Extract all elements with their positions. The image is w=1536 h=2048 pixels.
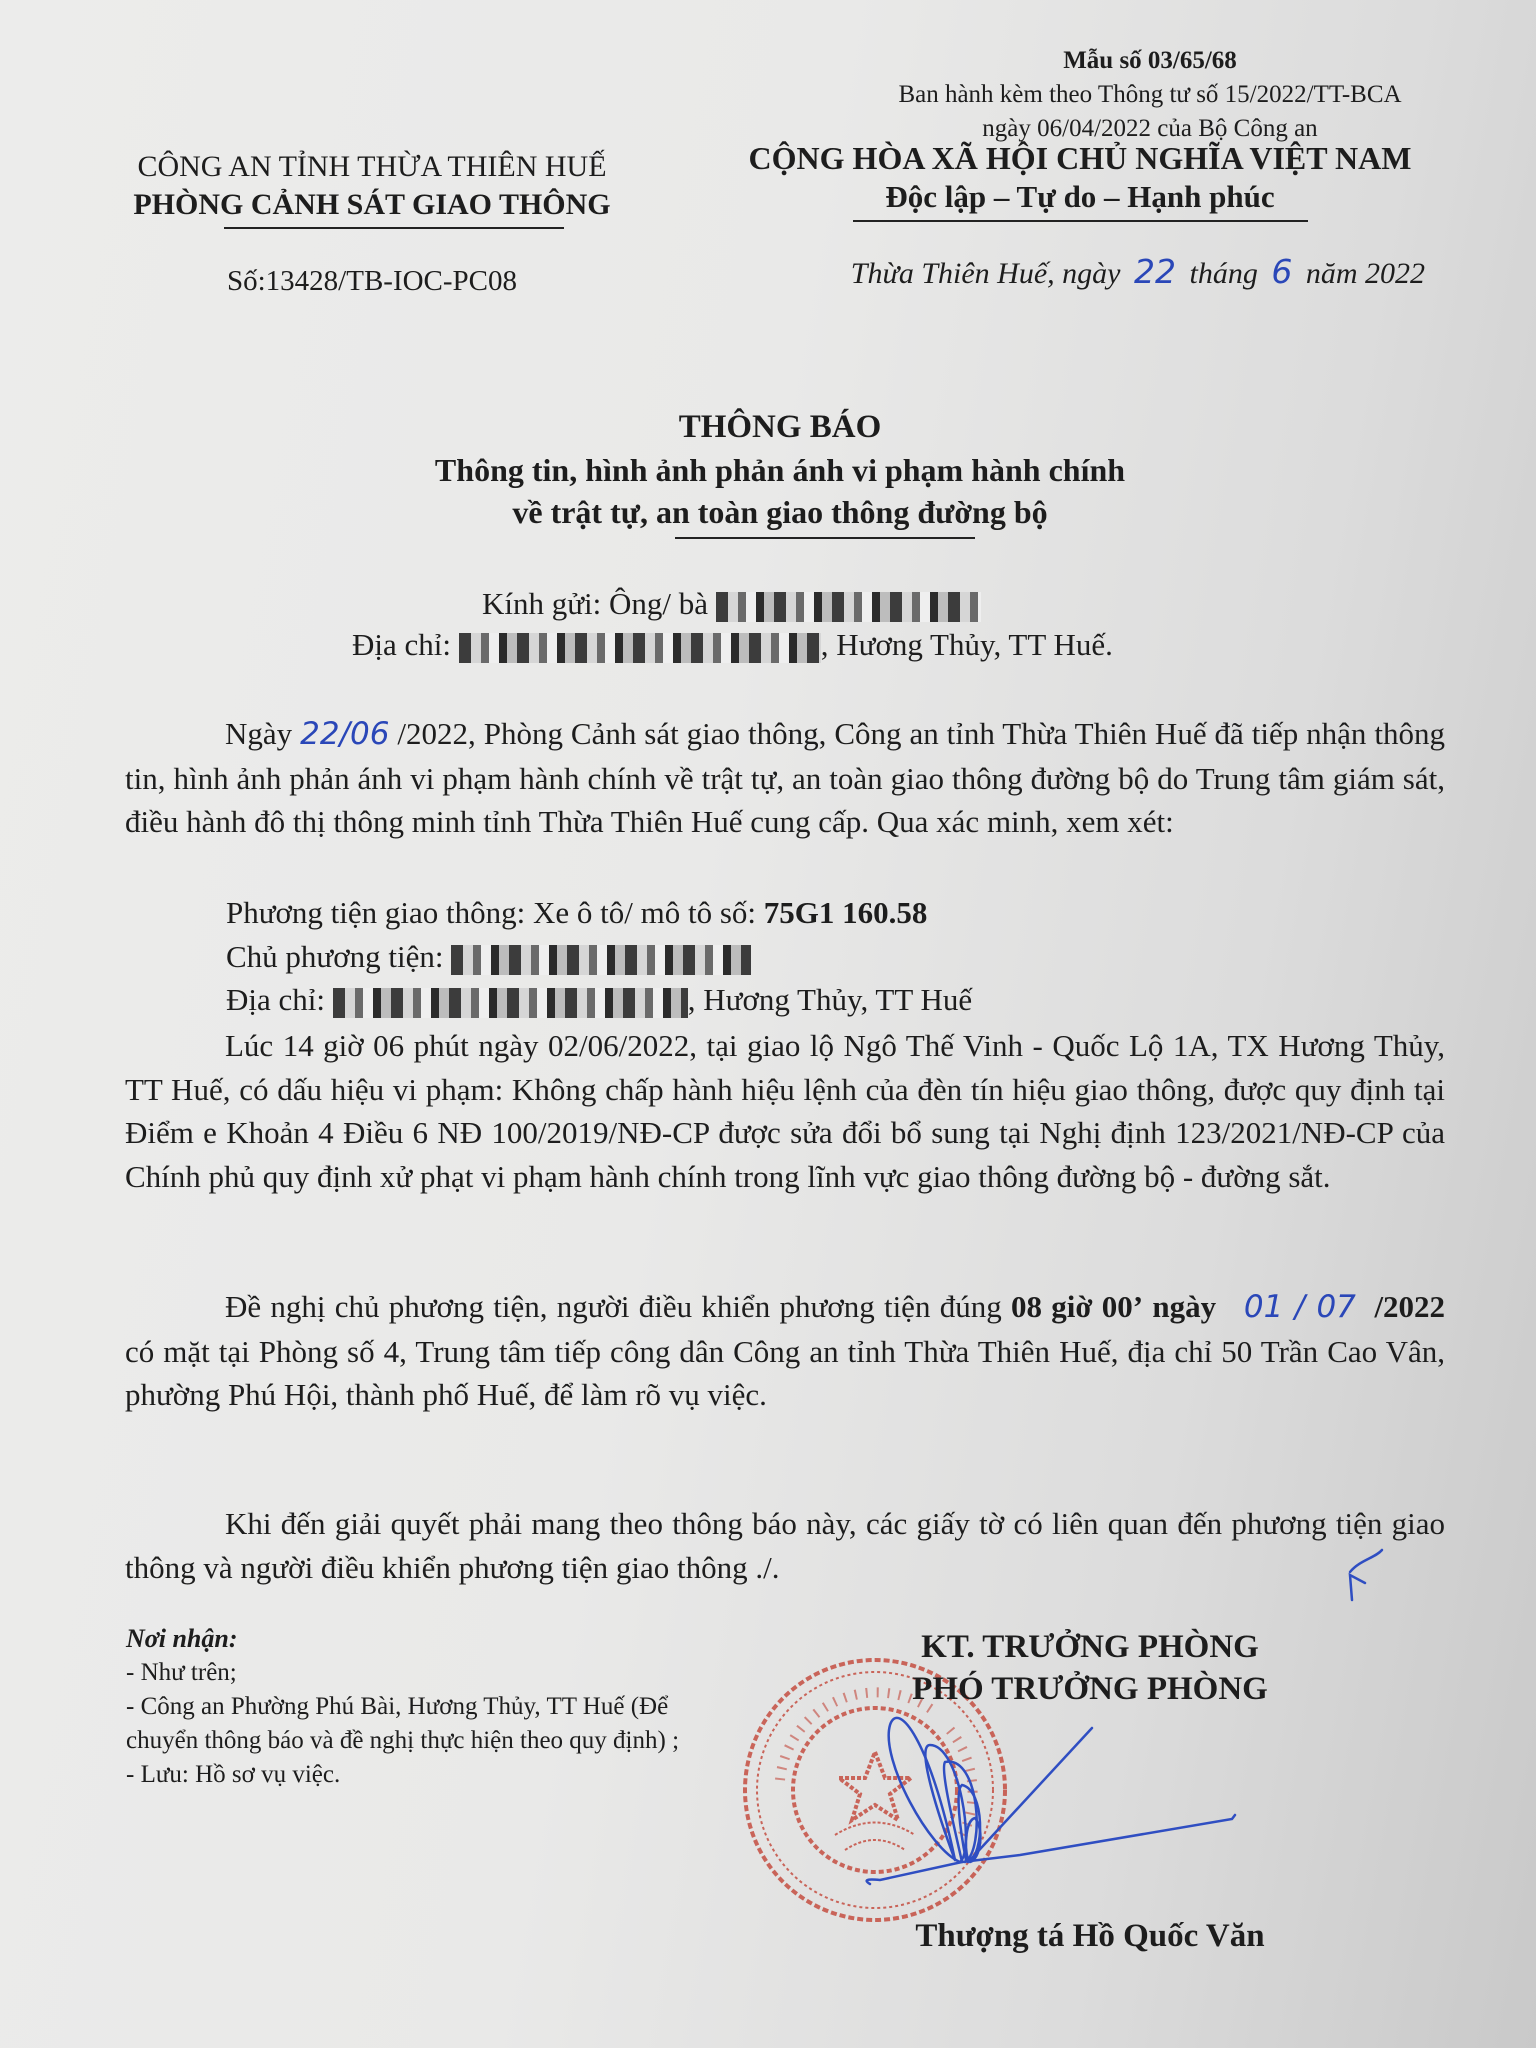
address-suffix: , Hương Thủy, TT Huế.	[821, 627, 1113, 662]
vehicle-line: Phương tiện giao thông: Xe ô tô/ mô tô s…	[226, 893, 927, 933]
issuer-agency: CÔNG AN TỈNH THỪA THIÊN HUẾ	[82, 148, 662, 186]
paragraph-summons: Đề nghị chủ phương tiện, người điều khiể…	[125, 1285, 1445, 1417]
country-name: CỘNG HÒA XÃ HỘI CHỦ NGHĨA VIỆT NAM	[690, 138, 1470, 178]
vehicle-plate: 75G1 160.58	[764, 895, 928, 930]
paragraph-violation: Lúc 14 giờ 06 phút ngày 02/06/2022, tại …	[125, 1024, 1445, 1198]
document-number: Số:13428/TB-IOC-PC08	[82, 265, 662, 298]
recipient-item: - Như trên;	[126, 1656, 746, 1690]
national-motto: Độc lập – Tự do – Hạnh phúc	[690, 178, 1470, 216]
owner-address-line: Địa chỉ: , Hương Thủy, TT Huế	[226, 980, 972, 1020]
owner-line: Chủ phương tiện:	[226, 937, 751, 977]
title-subtitle-line1: Thông tin, hình ảnh phản ánh vi phạm hàn…	[300, 449, 1260, 491]
vehicle-label: Phương tiện giao thông: Xe ô tô/ mô tô s…	[226, 895, 756, 930]
p3-day-label: ngày	[1152, 1289, 1216, 1324]
recipient-item: - Lưu: Hồ sơ vụ việc.	[126, 1758, 746, 1792]
document-title: THÔNG BÁO Thông tin, hình ảnh phản ánh v…	[300, 405, 1260, 539]
signer-name: Thượng tá Hồ Quốc Văn	[870, 1918, 1310, 1955]
form-issued-with: Ban hành kèm theo Thông tư số 15/2022/TT…	[870, 78, 1430, 112]
paragraph-reception: Ngày 22/06 /2022, Phòng Cảnh sát giao th…	[125, 712, 1445, 844]
date-year: năm 2022	[1306, 257, 1425, 290]
date-day-handwritten: 22	[1134, 252, 1176, 291]
addressee-address-line: Địa chỉ: , Hương Thủy, TT Huế.	[352, 625, 1113, 665]
owner-address-label: Địa chỉ:	[226, 982, 325, 1017]
recipients-block: Nơi nhận: - Như trên; - Công an Phường P…	[126, 1622, 746, 1792]
form-reference: Mẫu số 03/65/68 Ban hành kèm theo Thông …	[870, 44, 1430, 146]
redacted-owner	[451, 945, 751, 975]
title-underline	[675, 537, 975, 539]
title-subtitle-line2: về trật tự, an toàn giao thông đường bộ	[300, 491, 1260, 533]
p4-text: Khi đến giải quyết phải mang theo thông …	[125, 1506, 1445, 1585]
p3-text-a: Đề nghị chủ phương tiện, người điều khiể…	[225, 1289, 1002, 1324]
paragraph-documents: Khi đến giải quyết phải mang theo thông …	[125, 1502, 1445, 1589]
signature-title-line1: KT. TRƯỞNG PHÒNG	[840, 1626, 1340, 1668]
recipients-heading: Nơi nhận:	[126, 1622, 746, 1656]
date-prefix: Thừa Thiên Huế, ngày	[851, 257, 1121, 290]
p1-prefix: Ngày	[225, 716, 292, 751]
p3-text-b: có mặt tại Phòng số 4, Trung tâm tiếp cô…	[125, 1334, 1445, 1413]
addressee-line: Kính gửi: Ông/ bà	[482, 584, 981, 624]
signature-title-line2: PHÓ TRƯỞNG PHÒNG	[840, 1668, 1340, 1710]
owner-label: Chủ phương tiện:	[226, 939, 443, 974]
address-label: Địa chỉ:	[352, 627, 451, 662]
redacted-name	[716, 592, 981, 622]
form-number: Mẫu số 03/65/68	[870, 44, 1430, 78]
document-date: Thừa Thiên Huế, ngày 22 tháng 6 năm 2022	[690, 252, 1470, 291]
national-header: CỘNG HÒA XÃ HỘI CHỦ NGHĨA VIỆT NAM Độc l…	[690, 138, 1470, 291]
redacted-owner-address	[333, 988, 688, 1018]
addressee-salutation: Kính gửi: Ông/ bà	[482, 586, 708, 621]
p3-year: /2022	[1374, 1289, 1445, 1324]
recipient-item: - Công an Phường Phú Bài, Hương Thủy, TT…	[126, 1690, 726, 1758]
p3-time: 08 giờ 00’	[1011, 1289, 1143, 1324]
issuer-department: PHÒNG CẢNH SÁT GIAO THÔNG	[82, 186, 662, 224]
issuer-header: CÔNG AN TỈNH THỪA THIÊN HUẾ PHÒNG CẢNH S…	[82, 148, 662, 298]
date-month-label: tháng	[1189, 257, 1257, 290]
motto-underline	[853, 220, 1308, 222]
redacted-address	[459, 633, 821, 663]
p3-handwritten-date: 01 / 07	[1244, 1289, 1356, 1325]
p1-handwritten-date: 22/06	[300, 716, 389, 752]
issuer-underline	[224, 227, 564, 229]
owner-address-suffix: , Hương Thủy, TT Huế	[688, 982, 972, 1017]
document-page: Mẫu số 03/65/68 Ban hành kèm theo Thông …	[0, 0, 1536, 2048]
p2-text: Lúc 14 giờ 06 phút ngày 02/06/2022, tại …	[125, 1028, 1445, 1194]
date-month-handwritten: 6	[1271, 252, 1292, 291]
title-heading: THÔNG BÁO	[300, 405, 1260, 449]
signature-block: KT. TRƯỞNG PHÒNG PHÓ TRƯỞNG PHÒNG	[840, 1626, 1340, 1710]
